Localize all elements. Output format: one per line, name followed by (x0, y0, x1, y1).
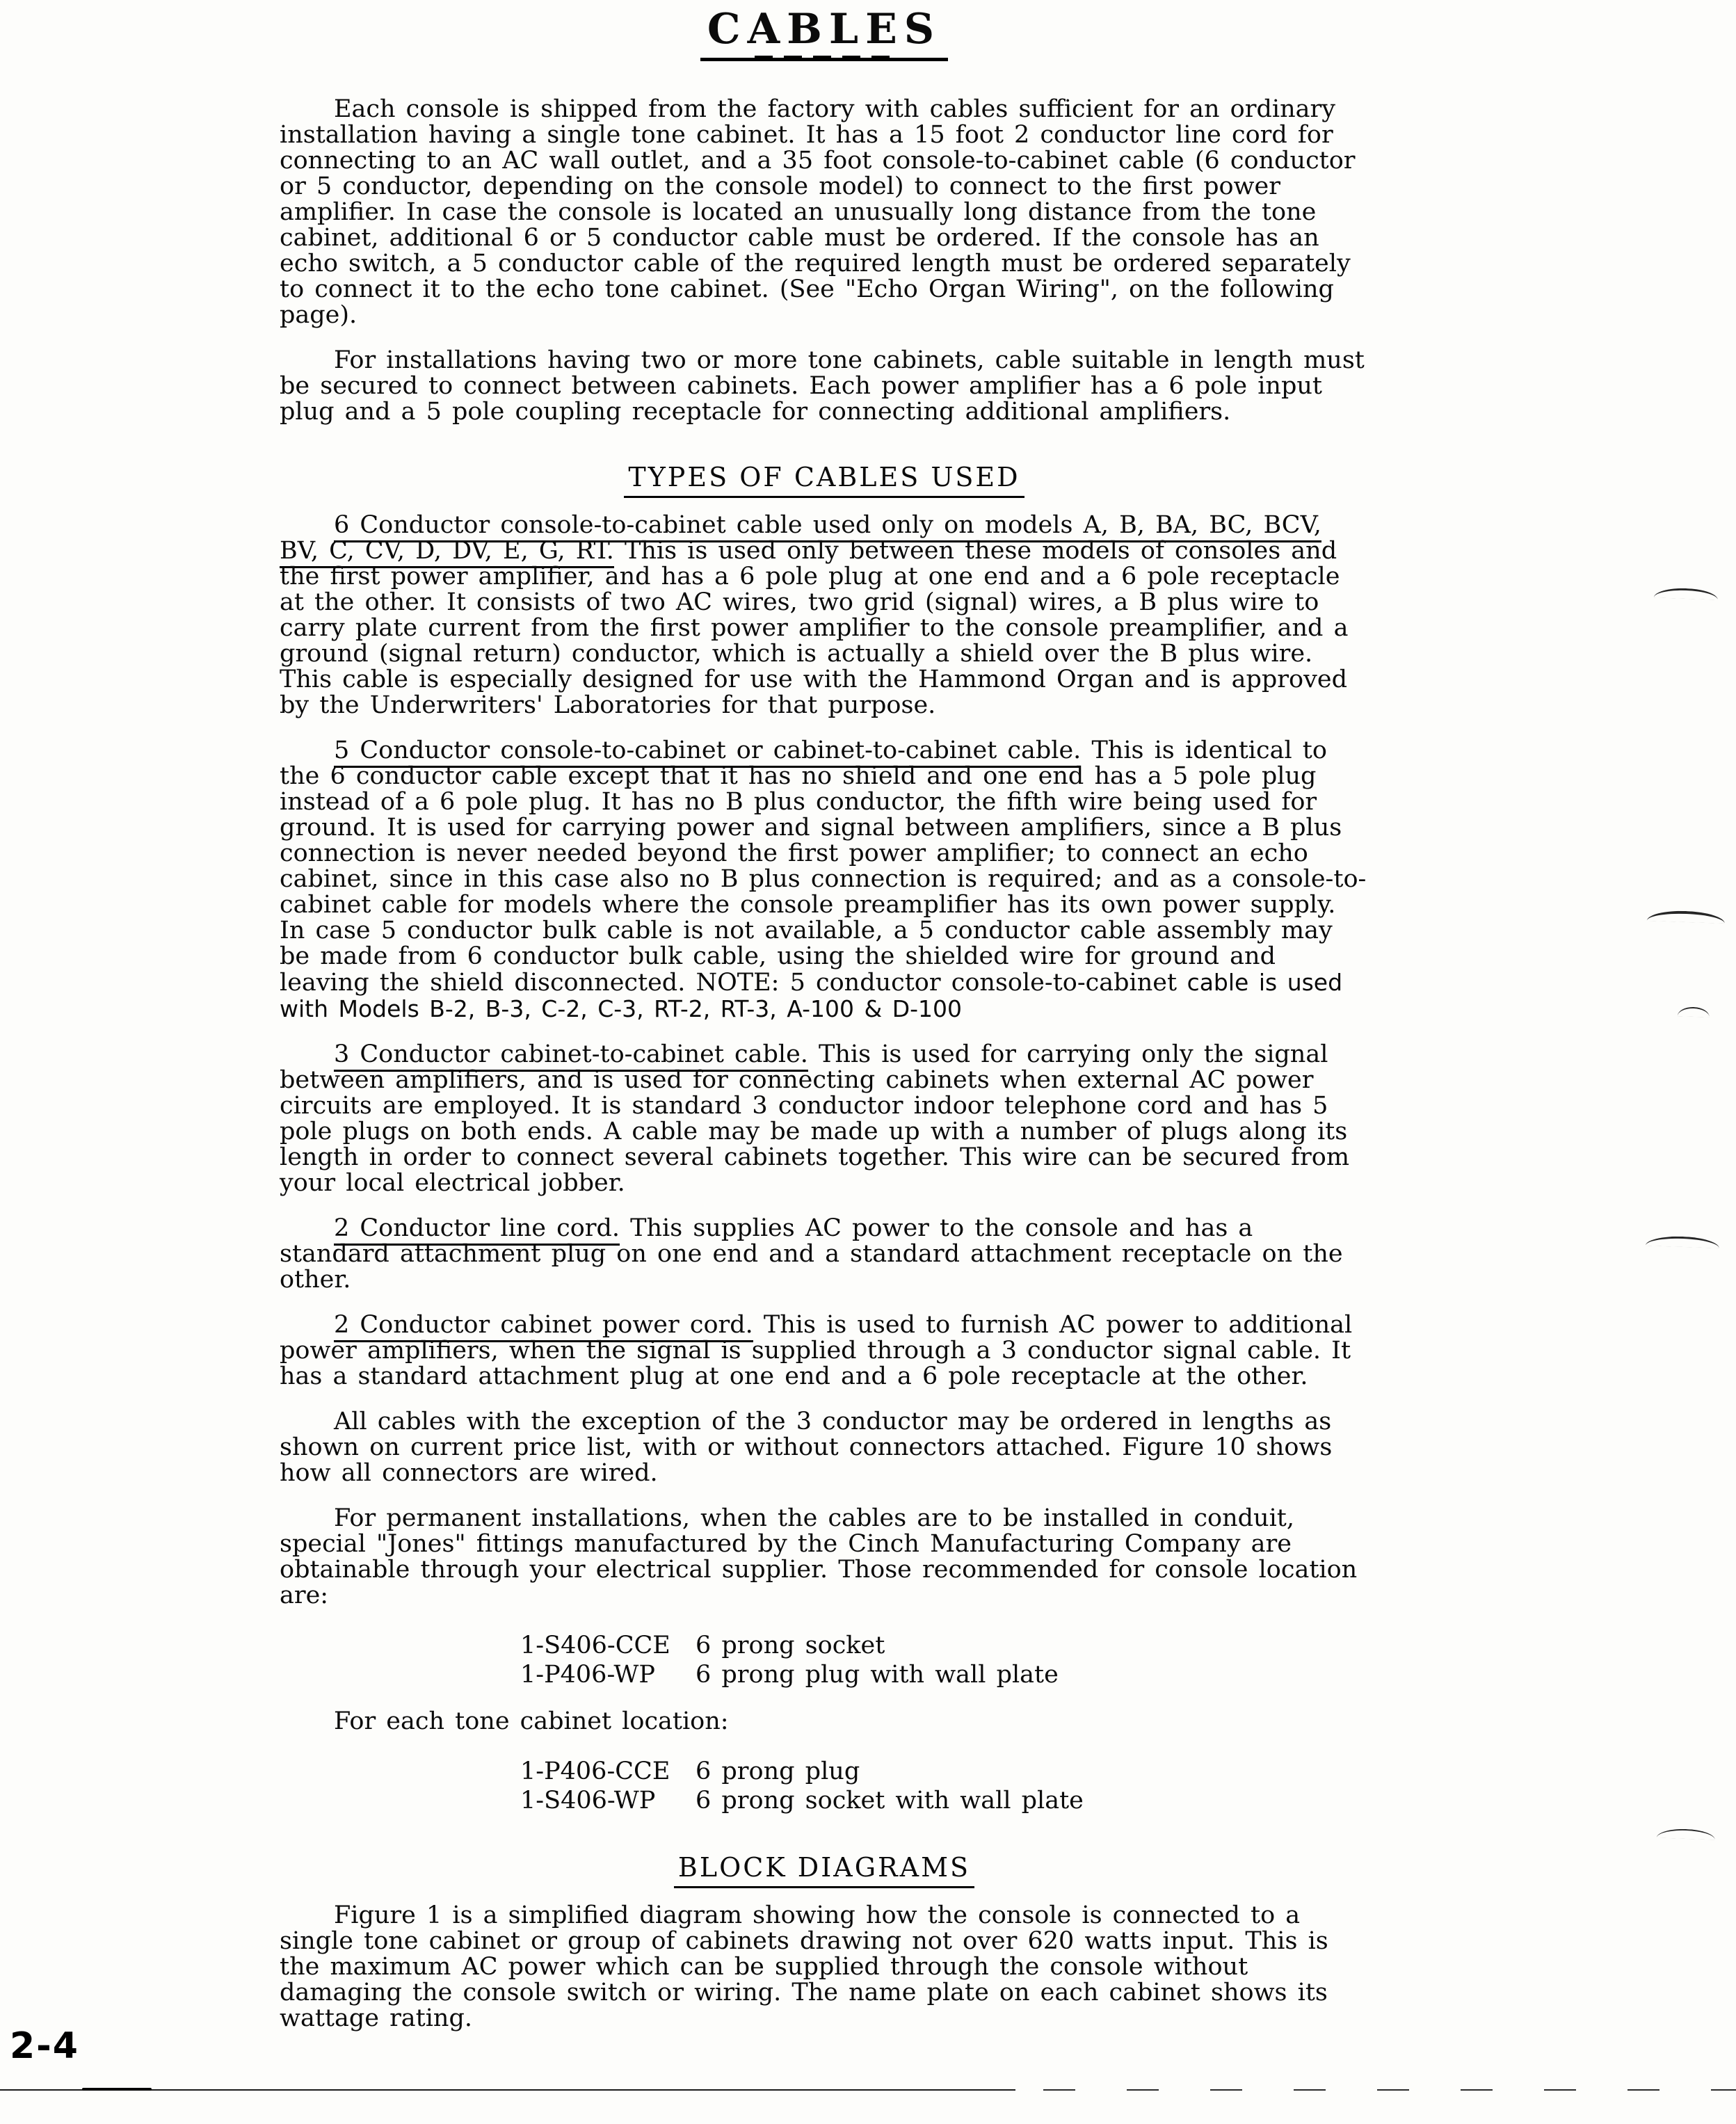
ordering-paragraph: All cables with the exception of the 3 c… (280, 1409, 1369, 1486)
scanned-manual-page: CABLES Each console is shipped from the … (0, 0, 1736, 2124)
scan-artifact-dash (1654, 587, 1718, 600)
cable-3-conductor-paragraph: 3 Conductor cabinet-to-cabinet cable. Th… (280, 1042, 1369, 1196)
cable-6-conductor-body: This is used only between these models o… (280, 537, 1348, 719)
tone-cabinet-location-note: For each tone cabinet location: (280, 1709, 1369, 1735)
page-content: CABLES Each console is shipped from the … (280, 0, 1369, 2032)
line-cord-paragraph: 2 Conductor line cord. This supplies AC … (280, 1216, 1369, 1293)
section-heading-block-diagrams: BLOCK DIAGRAMS (280, 1853, 1369, 1882)
scan-artifact-dash (1646, 1235, 1719, 1248)
intro-paragraph-1: Each console is shipped from the factory… (280, 97, 1369, 328)
cabinet-parts-row-1: 1-P406-CCE6 prong plug (520, 1757, 1369, 1786)
part-description: 6 prong socket with wall plate (696, 1787, 1084, 1815)
part-description: 6 prong plug (696, 1757, 860, 1785)
part-description: 6 prong plug with wall plate (696, 1661, 1059, 1689)
cabinet-parts-list: 1-P406-CCE6 prong plug 1-S406-WP6 prong … (520, 1757, 1369, 1815)
page-title: CABLES (280, 7, 1369, 51)
bottom-rule-dashes-artifact (1043, 2089, 1736, 2091)
cable-5-conductor-paragraph: 5 Conductor console-to-cabinet or cabine… (280, 738, 1369, 1022)
block-diagrams-paragraph: Figure 1 is a simplified diagram showing… (280, 1903, 1369, 2032)
bottom-rule-artifact (0, 2089, 1015, 2091)
section-heading-types-text: TYPES OF CABLES USED (624, 462, 1024, 498)
console-parts-row-2: 1-P406-WP6 prong plug with wall plate (520, 1660, 1369, 1689)
conduit-paragraph: For permanent installations, when the ca… (280, 1506, 1369, 1609)
section-heading-types-of-cables: TYPES OF CABLES USED (280, 462, 1369, 492)
console-parts-row-1: 1-S406-CCE6 prong socket (520, 1631, 1369, 1660)
page-number: 2-4 (10, 2025, 79, 2067)
intro-paragraph-2: For installations having two or more ton… (280, 348, 1369, 425)
cabinet-power-cord-paragraph: 2 Conductor cabinet power cord. This is … (280, 1312, 1369, 1390)
page-title-text: CABLES (700, 5, 948, 61)
cable-5-conductor-body: This is identical to the 6 conductor cab… (280, 737, 1366, 997)
scan-artifact-dash (1647, 910, 1725, 924)
part-number: 1-S406-WP (520, 1786, 696, 1815)
console-parts-list: 1-S406-CCE6 prong socket 1-P406-WP6 pron… (520, 1631, 1369, 1689)
cabinet-parts-row-2: 1-S406-WP6 prong socket with wall plate (520, 1786, 1369, 1815)
part-number: 1-P406-WP (520, 1660, 696, 1689)
scan-artifact-dash (1657, 1828, 1715, 1840)
part-number: 1-S406-CCE (520, 1631, 696, 1660)
part-description: 6 prong socket (696, 1632, 885, 1659)
section-heading-block-diagrams-text: BLOCK DIAGRAMS (674, 1852, 974, 1888)
bottom-rule-thick-artifact (82, 2088, 152, 2091)
scan-artifact-dash (1678, 1006, 1710, 1017)
part-number: 1-P406-CCE (520, 1757, 696, 1786)
cable-6-conductor-paragraph: 6 Conductor console-to-cabinet cable use… (280, 513, 1369, 718)
